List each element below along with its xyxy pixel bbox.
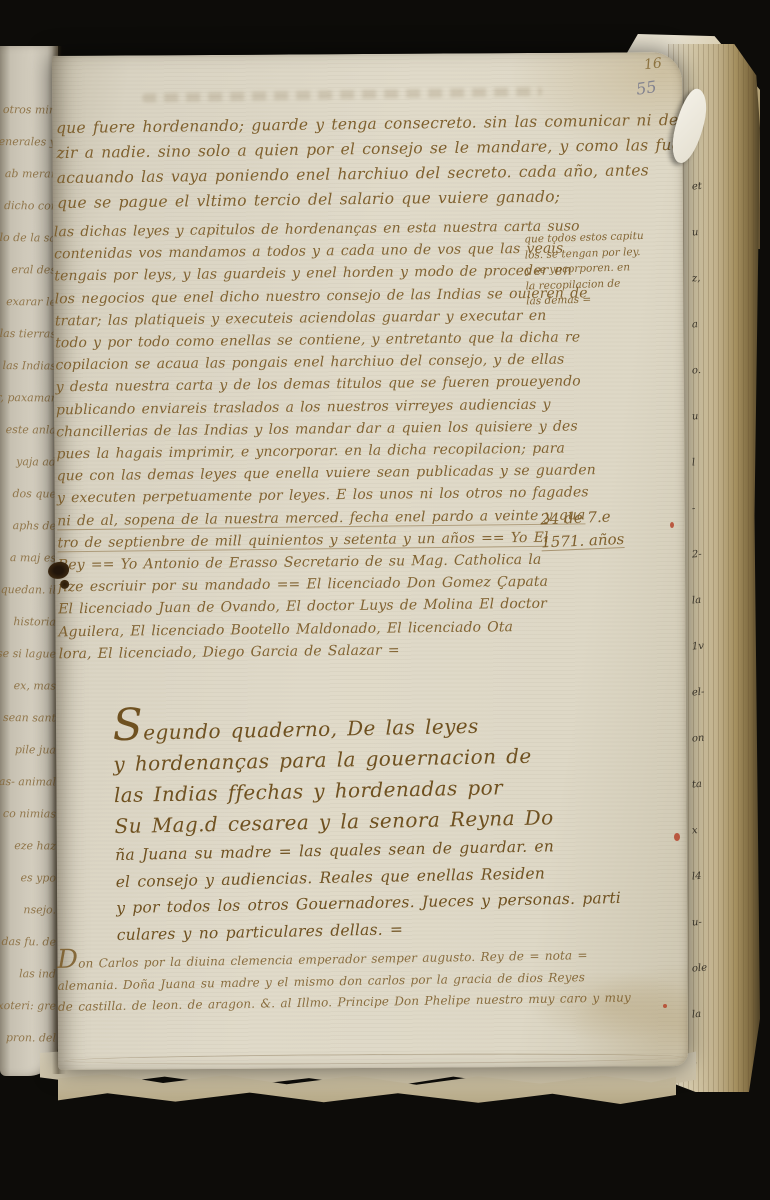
text-fragment: eze haz (0, 829, 56, 862)
text-fragment: ex, mas (0, 669, 56, 702)
manuscript-photo: otros mingenerales yab merarel dicho cor… (0, 0, 770, 1200)
text-fragment: aphs de (0, 509, 56, 542)
text-fragment: ta (690, 762, 708, 809)
text-fragment: exarar le (0, 285, 56, 318)
text-fragment: on (690, 716, 708, 763)
text-fragment: eral des (0, 253, 56, 286)
text-fragment: otros min (0, 93, 56, 126)
text-fragment: nsejo. (0, 893, 56, 926)
deckled-leaf-edges (58, 1074, 676, 1104)
text-fragment: el dicho cor (0, 189, 56, 222)
text-fragment: u (690, 210, 708, 257)
folio-number-ink: 16 (643, 55, 662, 73)
text-fragment: exoteri: gre (0, 989, 56, 1022)
text-fragment: las ind (0, 957, 56, 990)
text-fragment: dos que (0, 477, 56, 510)
folio-number-pencil: 55 (635, 77, 658, 99)
margin-note-date: 24 de 7.e1571. años (540, 505, 625, 554)
text-fragment: generales y (0, 125, 56, 158)
bleed-through-smudge (142, 87, 542, 103)
text-fragment: pron. del (0, 1021, 56, 1054)
text-fragment: de las tierras (0, 317, 56, 350)
red-wax-speck (663, 1004, 667, 1008)
manuscript-line: lora, El licenciado, Diego Garcia de Sal… (59, 637, 598, 665)
text-fragment: sean sant (0, 701, 56, 734)
text-fragment: u (690, 394, 708, 441)
text-fragment: co nimias (0, 797, 56, 830)
text-fragment: o. (690, 348, 708, 395)
ink-blot (60, 580, 69, 589)
text-fragment: se si lague (0, 637, 56, 670)
fore-edge-text-fragments: etuz,ao.ul-2-la1vel-ontaxl4u-olela1 (692, 164, 707, 1084)
text-fragment: en las Indias (0, 349, 56, 382)
text-fragment: u- (690, 900, 708, 947)
text-fragment: el- (690, 670, 708, 717)
text-fragment: es ypo (0, 861, 56, 894)
text-fragment: la (690, 992, 708, 1039)
body-paragraph-leyes: las dichas leyes y capitulos de hordenan… (54, 215, 598, 665)
red-wax-speck (670, 522, 674, 528)
heading-small-lines: ña Juana su madre = las quales sean de g… (115, 832, 622, 948)
text-fragment: ole (690, 946, 708, 993)
text-fragment: historia (0, 605, 56, 638)
text-fragment: x (690, 808, 708, 855)
section-heading-segundo-quaderno: Segundo quaderno, De las leyesy hordenan… (112, 701, 621, 948)
facing-page-edge: otros mingenerales yab merarel dicho cor… (0, 46, 58, 1076)
margin-note-line: 1571. años (541, 528, 625, 554)
margin-note-line: 24 de 7.e (540, 505, 624, 531)
text-fragment: quedan. il (0, 573, 56, 606)
text-fragment: lo de la sa (0, 221, 56, 254)
text-fragment: pile jua (0, 733, 56, 766)
manuscript-page: 16 55 que fuere hordenando; guarde y ten… (52, 52, 688, 1070)
text-fragment: 2- (690, 532, 708, 579)
text-fragment: este anla (0, 413, 56, 446)
text-fragment: 1v (690, 624, 708, 671)
body-paragraph-secreto: que fuere hordenando; guarde y tenga con… (56, 108, 682, 216)
heading-large-lines: Segundo quaderno, De las leyesy hordenan… (112, 701, 619, 842)
closing-paragraph-don-carlos: Don Carlos por la diuina clemencia emper… (57, 943, 631, 1018)
text-fragment: et (690, 164, 708, 211)
text-fragment: l (690, 440, 708, 487)
text-fragment: das fu. de (0, 925, 56, 958)
text-fragment: er, paxamar (0, 381, 56, 414)
text-fragment: yaja ad (0, 445, 56, 478)
text-fragment: as- animal (0, 765, 56, 798)
text-fragment: la (690, 578, 708, 625)
text-fragment: - (690, 486, 708, 533)
red-wax-speck (674, 833, 680, 841)
text-fragment: a (690, 302, 708, 349)
text-fragment: ab merar (0, 157, 56, 190)
text-fragment: z, (690, 256, 708, 303)
text-fragment: l4 (690, 854, 708, 901)
